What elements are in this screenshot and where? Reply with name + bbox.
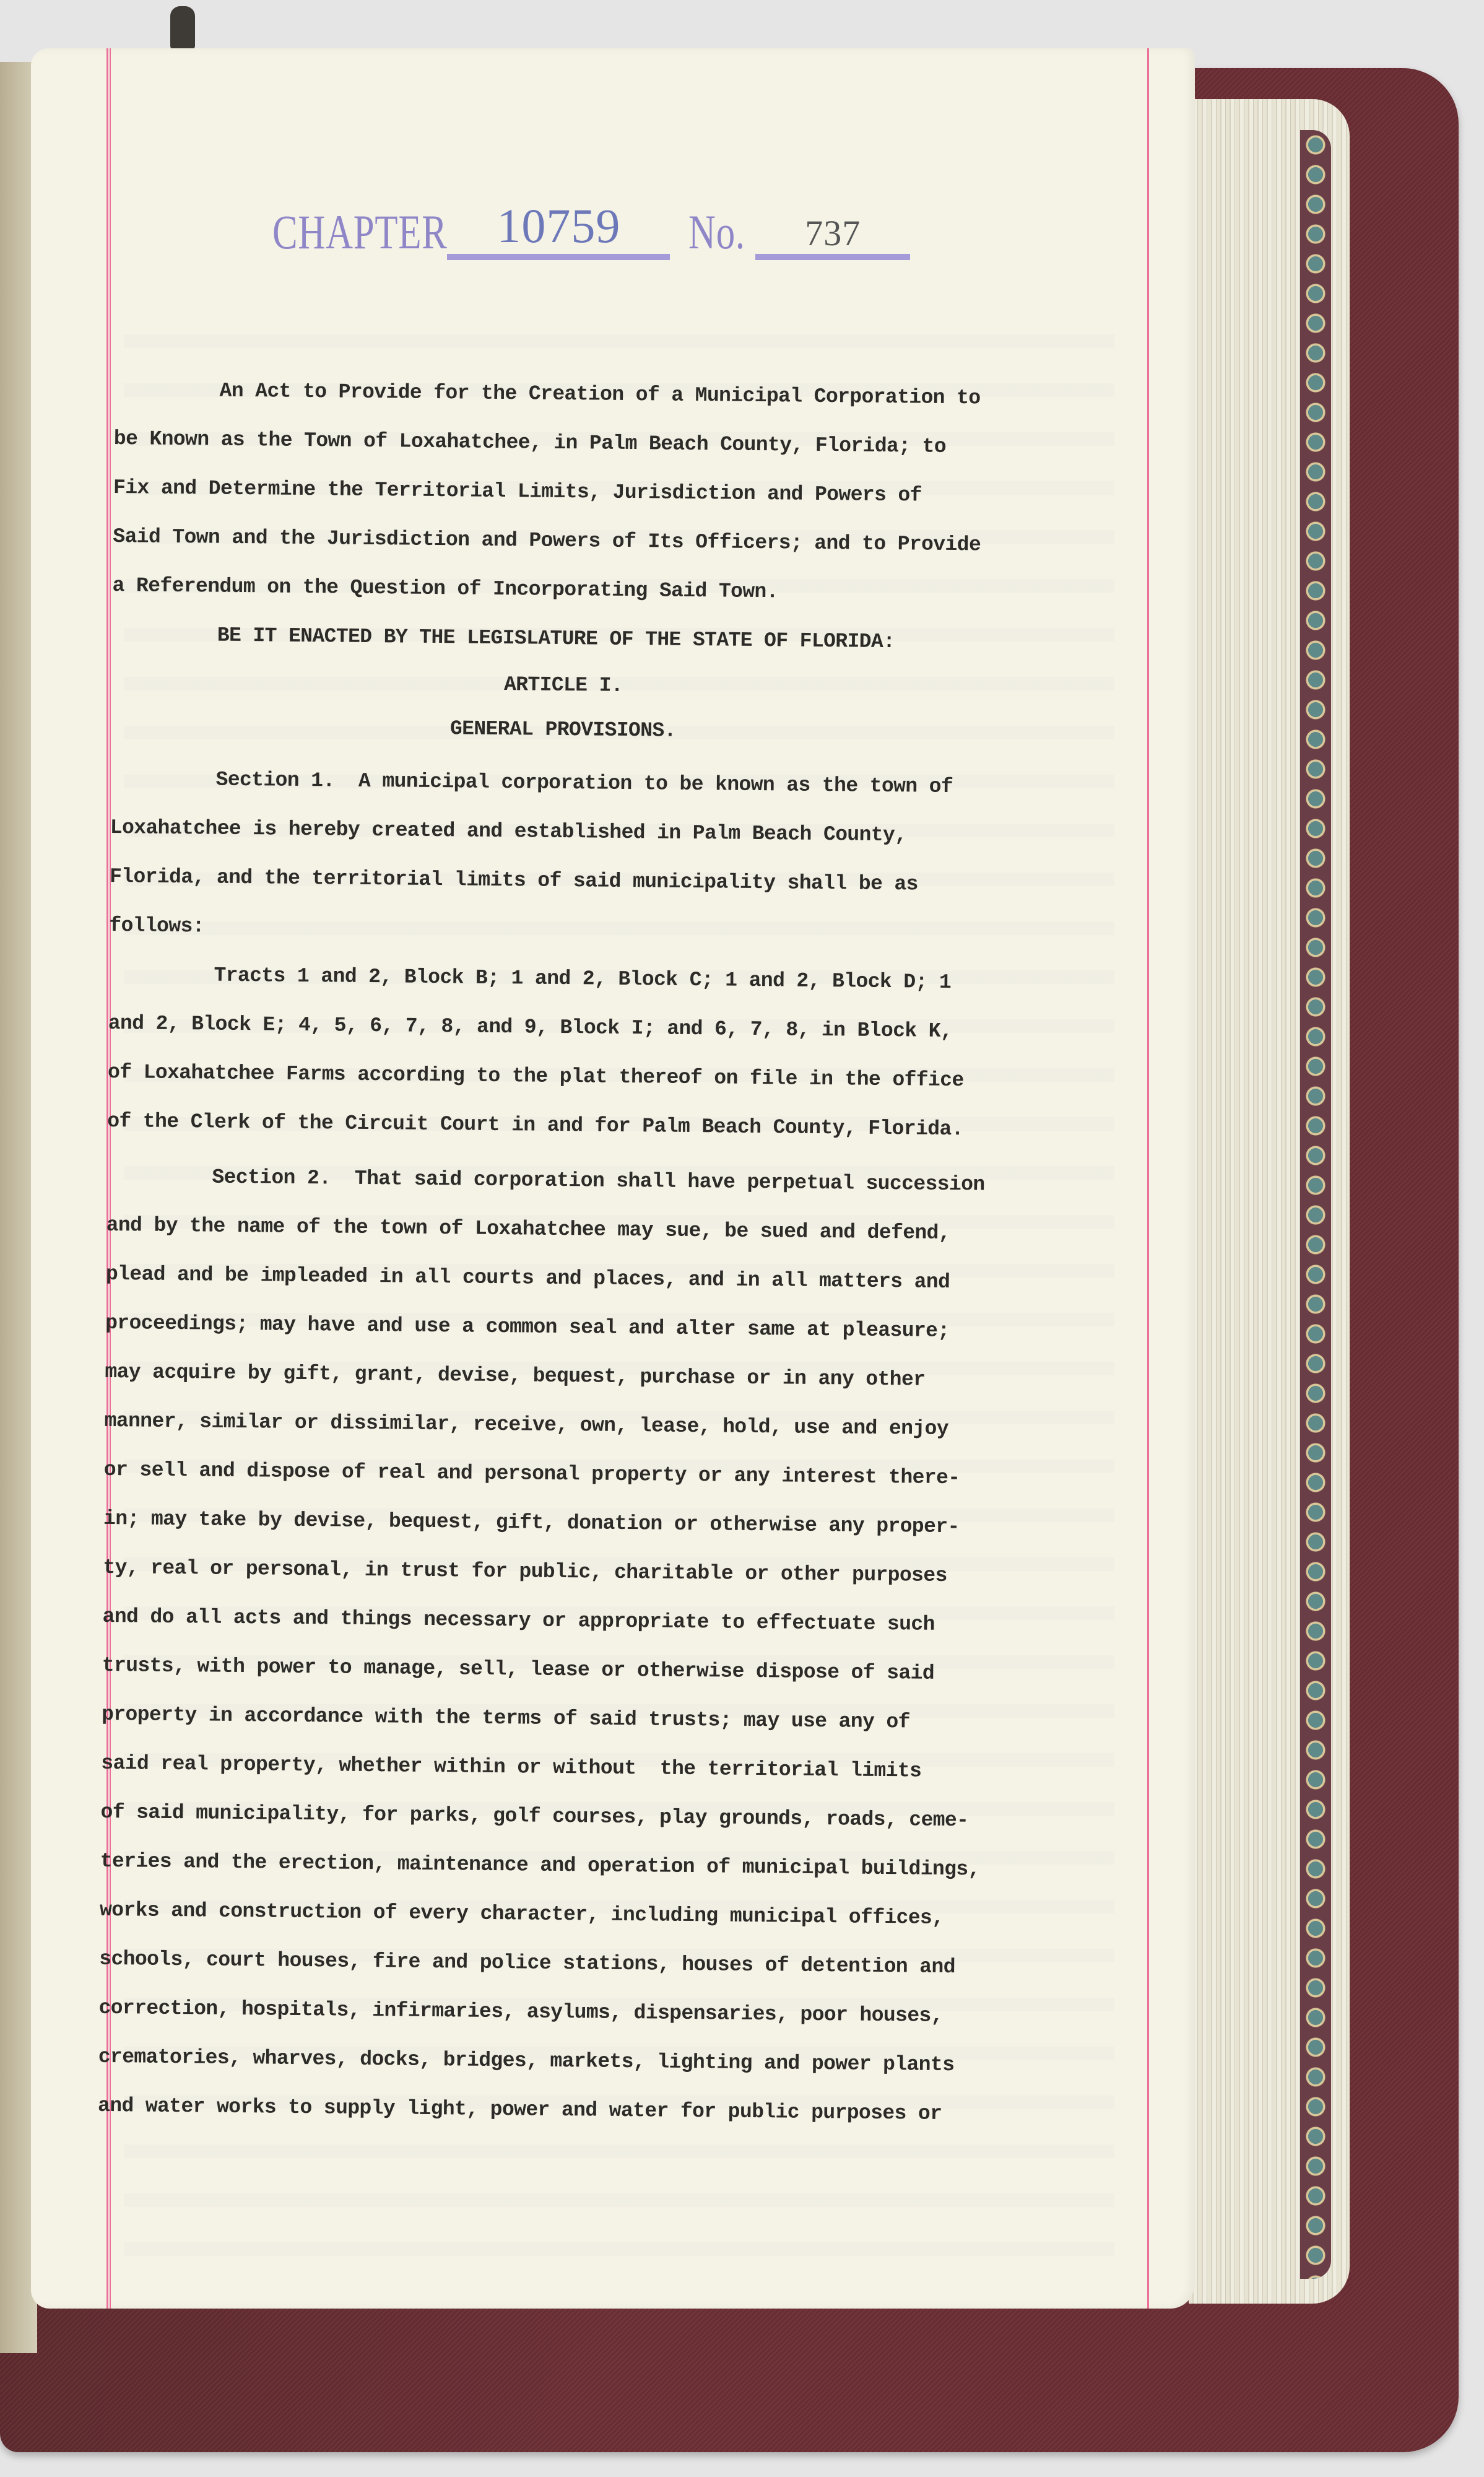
chapter-stamp: CHAPTER 10759 No. 737 [272,198,910,260]
marbled-endpaper [1300,130,1331,2279]
right-margin-rule [1147,48,1149,2309]
act-title: An Act to Provide for the Creation of a … [112,365,1142,620]
binding-clasp-icon [170,6,195,50]
enacting-clause: BE IT ENACTED BY THE LEGISLATURE OF THE … [111,610,1140,669]
chapter-number: 10759 [447,198,670,260]
section-line: and water works to supply light, power a… [98,2081,1126,2140]
no-label: No. [688,204,745,260]
section-2: Section 2. That said corporation shall h… [98,1152,1135,2140]
section-line: Florida, and the territorial limits of s… [110,852,1138,911]
section-1: Section 1. A municipal corporation to be… [109,754,1139,960]
document-body: An Act to Provide for the Creation of a … [98,365,1142,2140]
tract-line: of the Clerk of the Circuit Court in and… [107,1097,1135,1156]
chapter-label: CHAPTER [272,204,448,260]
tract-description: Tracts 1 and 2, Block B; 1 and 2, Block … [107,950,1137,1156]
act-number: 737 [755,212,910,260]
